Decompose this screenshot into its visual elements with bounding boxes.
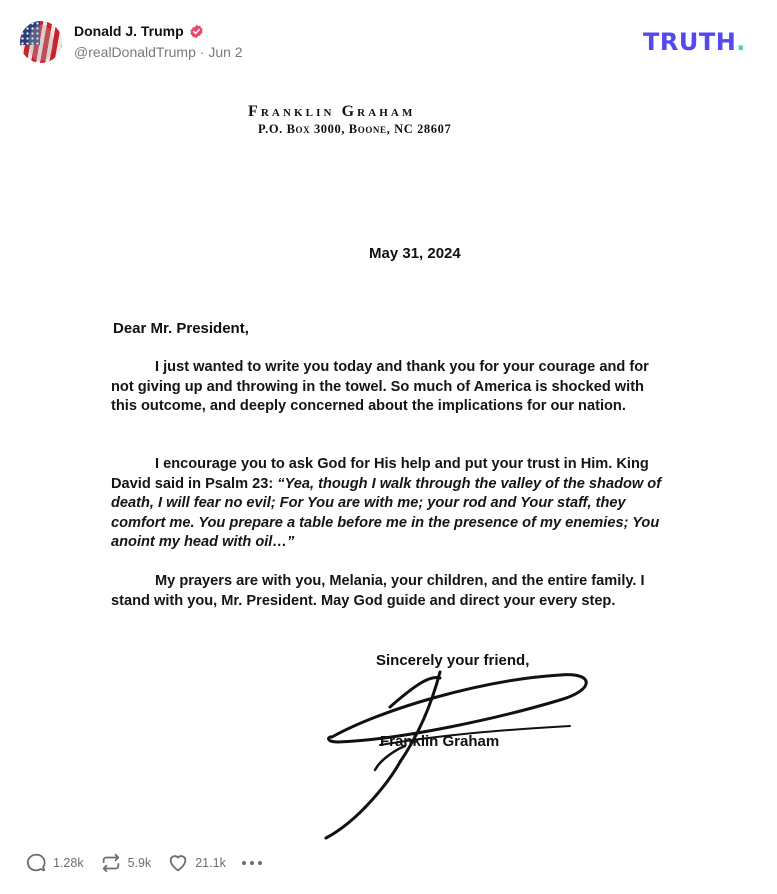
letter-image[interactable]: Franklin Graham P.O. Box 3000, Boone, NC… bbox=[0, 90, 777, 835]
paragraph-1-text: I just wanted to write you today and tha… bbox=[111, 359, 649, 414]
avatar[interactable] bbox=[20, 21, 62, 63]
paragraph-1: I just wanted to write you today and tha… bbox=[111, 358, 671, 417]
salutation: Dear Mr. President, bbox=[113, 320, 249, 337]
more-dot bbox=[242, 861, 246, 865]
author-name[interactable]: Donald J. Trump bbox=[74, 23, 184, 39]
more-dot bbox=[258, 861, 262, 865]
retruth-button[interactable]: 5.9k bbox=[100, 852, 152, 874]
letter-date: May 31, 2024 bbox=[369, 245, 461, 262]
logo-dot: . bbox=[736, 28, 746, 56]
post-actions: 1.28k 5.9k 21.1k bbox=[25, 852, 262, 874]
paragraph-2: I encourage you to ask God for His help … bbox=[111, 455, 671, 553]
verified-badge-icon bbox=[189, 24, 204, 39]
author-handle[interactable]: @realDonaldTrump bbox=[74, 44, 196, 60]
comment-icon bbox=[25, 852, 47, 874]
retruth-count: 5.9k bbox=[128, 856, 152, 870]
paragraph-3: My prayers are with you, Melania, your c… bbox=[111, 572, 671, 611]
author-name-row: Donald J. Trump bbox=[74, 21, 243, 41]
letterhead-name: Franklin Graham bbox=[248, 103, 415, 121]
reply-button[interactable]: 1.28k bbox=[25, 852, 84, 874]
logo-text: TRUTH bbox=[643, 28, 736, 56]
avatar-face bbox=[29, 25, 53, 61]
repost-icon bbox=[100, 852, 122, 874]
paragraph-3-text: My prayers are with you, Melania, your c… bbox=[111, 573, 645, 609]
separator: · bbox=[200, 44, 205, 60]
author-identity: Donald J. Trump @realDonaldTrump · Jun 2 bbox=[74, 21, 243, 60]
signature-scribble bbox=[320, 650, 600, 840]
more-dot bbox=[250, 861, 254, 865]
more-options-button[interactable] bbox=[242, 852, 262, 874]
handle-row: @realDonaldTrump · Jun 2 bbox=[74, 44, 243, 60]
letterhead-address: P.O. Box 3000, Boone, NC 28607 bbox=[258, 122, 451, 137]
like-button[interactable]: 21.1k bbox=[167, 852, 226, 874]
like-count: 21.1k bbox=[195, 856, 226, 870]
heart-icon bbox=[167, 852, 189, 874]
post-header: Donald J. Trump @realDonaldTrump · Jun 2 bbox=[20, 21, 243, 63]
truth-social-logo[interactable]: TRUTH. bbox=[643, 28, 746, 56]
post-date[interactable]: Jun 2 bbox=[208, 44, 242, 60]
reply-count: 1.28k bbox=[53, 856, 84, 870]
